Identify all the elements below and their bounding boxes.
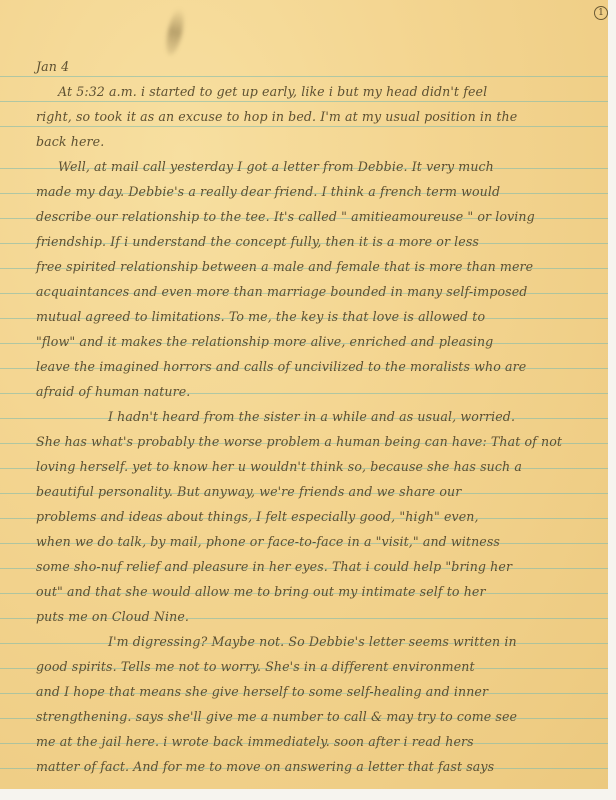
scan-margin-bottom (0, 789, 616, 800)
text-line: friendship. If i understand the concept … (36, 229, 581, 254)
notebook-page: 1 Jan 4 At 5:32 a.m. i started to get up… (0, 0, 608, 789)
entry-date: Jan 4 (36, 54, 581, 79)
text-line: problems and ideas about things, I felt … (36, 504, 581, 529)
text-line: mutual agreed to limitations. To me, the… (36, 304, 581, 329)
paper-stain (163, 7, 187, 57)
text-line: puts me on Cloud Nine. (36, 604, 581, 629)
handwritten-text: Jan 4 At 5:32 a.m. i started to get up e… (36, 54, 581, 779)
scan-margin-right (608, 0, 616, 800)
text-line: when we do talk, by mail, phone or face-… (36, 529, 581, 554)
text-line: good spirits. Tells me not to worry. She… (36, 654, 581, 679)
text-line: describe our relationship to the tee. It… (36, 204, 581, 229)
text-lines: At 5:32 a.m. i started to get up early, … (36, 79, 581, 779)
text-line: afraid of human nature. (36, 379, 581, 404)
text-line: and I hope that means she give herself t… (36, 679, 581, 704)
text-line: She has what's probably the worse proble… (36, 429, 581, 454)
text-line: strengthening. says she'll give me a num… (36, 704, 581, 729)
text-line: leave the imagined horrors and calls of … (36, 354, 581, 379)
text-line: acquaintances and even more than marriag… (36, 279, 581, 304)
text-line: made my day. Debbie's a really dear frie… (36, 179, 581, 204)
text-line: me at the jail here. i wrote back immedi… (36, 729, 581, 754)
text-line: loving herself. yet to know her u wouldn… (36, 454, 581, 479)
page-number: 1 (594, 6, 608, 20)
text-line: free spirited relationship between a mal… (36, 254, 581, 279)
text-line: back here. (36, 129, 581, 154)
text-line: some sho-nuf relief and pleasure in her … (36, 554, 581, 579)
text-line: I hadn't heard from the sister in a whil… (36, 404, 581, 429)
text-line: I'm digressing? Maybe not. So Debbie's l… (36, 629, 581, 654)
text-line: Well, at mail call yesterday I got a let… (36, 154, 581, 179)
text-line: "flow" and it makes the relationship mor… (36, 329, 581, 354)
text-line: beautiful personality. But anyway, we're… (36, 479, 581, 504)
text-line: At 5:32 a.m. i started to get up early, … (36, 79, 581, 104)
text-line: matter of fact. And for me to move on an… (36, 754, 581, 779)
text-line: right, so took it as an excuse to hop in… (36, 104, 581, 129)
text-line: out" and that she would allow me to brin… (36, 579, 581, 604)
